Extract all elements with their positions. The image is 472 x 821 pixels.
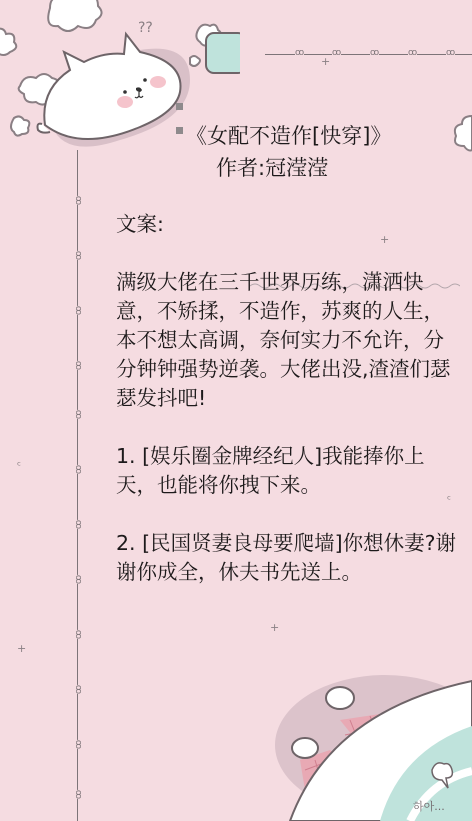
bow-knot-icon: ꝏ [73, 630, 82, 639]
bow-knot-icon: ꝏ [446, 49, 455, 58]
synopsis-item: 2. [民国贤妻良母要爬墙]你想休妻?谢谢你成全，休夫书先送上。 [116, 529, 456, 587]
sparkle-icon: + [270, 622, 279, 633]
sparkle-icon: + [17, 643, 26, 654]
synopsis-item: 1. [娱乐圈金牌经纪人]我能捧你上天，也能将你拽下来。 [116, 442, 456, 500]
bow-knot-icon: ꝏ [73, 196, 82, 205]
bow-knot-icon: ꝏ [370, 49, 379, 58]
bow-knot-icon: ꝏ [73, 790, 82, 799]
svg-text:??: ?? [138, 20, 153, 36]
book-intro-page: ꝏ ꝏ ꝏ ꝏ ꝏ ꝏ ꝏ ꝏ ꝏ ꝏ ꝏ ꝏ ꝏ ꝏ ꝏ ꝏ ꝏ + + ᶜ … [0, 0, 472, 821]
bow-knot-icon: ꝏ [295, 49, 304, 58]
book-title: 《女配不造作[快穿]》 [186, 120, 391, 150]
bow-knot-icon: ꝏ [73, 251, 82, 260]
bow-knot-icon: ꝏ [73, 685, 82, 694]
synopsis-intro: 满级大佬在三千世界历练，潇洒快意，不矫揉，不造作，苏爽的人生，本不想太高调，奈何… [116, 268, 456, 413]
bottom-illustration: 하아... [260, 660, 472, 821]
bullet-marker [176, 127, 183, 134]
bow-knot-icon: ꝏ [73, 361, 82, 370]
bow-knot-icon: ꝏ [332, 49, 341, 58]
bow-knot-icon: ꝏ [73, 465, 82, 474]
bow-knot-icon: ꝏ [73, 306, 82, 315]
bow-knot-icon: ꝏ [73, 410, 82, 419]
cloud-decoration [452, 114, 472, 154]
sparkle-icon: ᶜ [17, 460, 21, 471]
synopsis: 文案: 满级大佬在三千世界历练，潇洒快意，不矫揉，不造作，苏爽的人生，本不想太高… [116, 210, 456, 587]
bow-knot-icon: ꝏ [73, 575, 82, 584]
bow-knot-icon: ꝏ [73, 740, 82, 749]
bullet-marker [176, 103, 183, 110]
bow-knot-icon: ꝏ [73, 520, 82, 529]
book-author: 作者:冠滢滢 [216, 152, 328, 182]
bow-knot-icon: ꝏ [408, 49, 417, 58]
svg-text:하아...: 하아... [413, 799, 445, 813]
sparkle-icon: + [321, 56, 330, 67]
synopsis-heading: 文案: [116, 210, 456, 239]
